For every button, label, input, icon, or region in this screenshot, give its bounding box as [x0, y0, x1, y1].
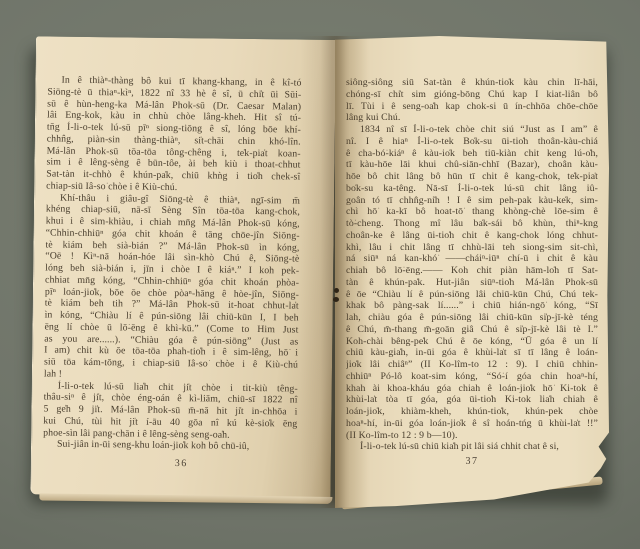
text-line: nî. I ê hiaⁿ Í-li-o-tek Bo̍k-su ūi-tio̍h…	[346, 136, 598, 148]
text-line: lâng kui Chú.	[346, 112, 598, 124]
text-line: 1834 nî sī Í-li-o-tek chòe chit siú “Jus…	[346, 124, 598, 136]
photo-background: In ê thiàⁿ-thàng bô kui tī khang-khang, …	[0, 0, 640, 549]
text-line: bo̍k-su ka-têng. Nā-sī Í-li-o-tek lú-sū …	[346, 183, 598, 195]
text-line: choân-ke ê lâng ūi-tio̍h chit ê kang-cho…	[346, 230, 598, 242]
text-line: ná siūⁿ ná kan-khó͘ ——cháiⁿ-iūⁿ chí-ū i …	[346, 253, 598, 265]
text-line: tò͘-cheng. Thong mî lâu ba̍k-sái bô khùn…	[346, 218, 598, 230]
page-number-left: 36	[32, 456, 331, 471]
text-line: siông-siông siū Sat-tàn ê khún-tio̍k kàu…	[346, 77, 598, 89]
book-page-right: siông-siông siū Sat-tàn ê khún-tio̍k kàu…	[335, 36, 609, 508]
book-page-left: In ê thiàⁿ-thàng bô kui tī khang-khang, …	[30, 36, 336, 498]
text-line: hōe bô chit lâng bô hūn tī chit ê kang-c…	[346, 171, 598, 183]
text-line: khì, lâu i chit lâng tī chhù-lāi teh sio…	[346, 242, 598, 254]
text-line: Í-li-o-tek lú-sū chiū kia̍h pit lâi siá …	[346, 441, 598, 453]
page-number-right: 37	[335, 456, 609, 467]
text-line: hoaⁿ-hí, in-ūi góa loán-jio̍k ê sî hoán-…	[346, 418, 598, 430]
text-line: ê Chú, m̄-thang m̄-goān giâ Chú ê si̍p-j…	[346, 324, 598, 336]
text-line: chiah bô lō͘-ēng.—— Koh chit piàn hām-lo…	[346, 265, 598, 277]
text-line: jio̍k lâi chiâⁿ” (II Ko-lîm-to 12 : 9). …	[346, 359, 598, 371]
text-line: khùi-la̍t tòa tī góa, góa ūi-tio̍h Ki-to…	[346, 394, 598, 406]
ink-speck	[334, 288, 339, 293]
text-line: Sui-jiân in-ūi seng-khu loán-jio̍k koh b…	[43, 439, 297, 454]
text-line: chì hō͘ ka-kī bô hoat-tō͘ thang khòng-ch…	[346, 206, 598, 218]
text-line: chóng-sī chi̍t sim gióng-bōng Chú kap I …	[346, 89, 598, 101]
text-line: khak bô pàng-sak lí......” i chiū hián-n…	[346, 300, 598, 312]
text-line: lī. Tùi i ê seng-oa̍h kap chok-si ū ín-c…	[346, 101, 598, 113]
text-line: goân tó tī chhn̂g-ni̍h ! I ê sim peh-pak…	[346, 195, 598, 207]
text-line: tàn ê khún-pa̍k. Hut-jiân siūⁿ-tio̍h Má-…	[346, 277, 598, 289]
ink-speck	[333, 297, 339, 302]
text-line: loán-jio̍k, khiàm-kheh, khún-tio̍k, khún…	[346, 406, 598, 418]
text-line: tī kàu-hōe lāi khui chû-siān-chhī (Bazar…	[346, 159, 598, 171]
page-text-left: In ê thiàⁿ-thàng bô kui tī khang-khang, …	[43, 74, 302, 453]
text-line: ê ōe “Chiàu lí ê pún-siōng lâi chiū-kūn …	[346, 289, 598, 301]
text-line: khah ài khoa-kháu góa chiah ê loán-jio̍k…	[346, 383, 598, 395]
text-line: chhiūⁿ Pó-lô koat-sim kóng, “Só͘-í góa c…	[346, 371, 598, 383]
text-line: chiū kàu-gia̍h, in-ūi góa ê khùi-la̍t sī…	[346, 347, 598, 359]
page-text-right: siông-siông siū Sat-tàn ê khún-tio̍k kàu…	[346, 77, 598, 453]
text-line: lah, chiàu góa ê pún-siōng lâi chiū-kūn …	[346, 312, 598, 324]
text-line: (II Ko-lîm-to 12 : 9 b—10).	[346, 430, 598, 442]
text-line: ê cha-bó͘-kiáⁿ ê kàu-io̍k beh tiū-kiàn c…	[346, 148, 598, 160]
text-line: Koh-chài bêng-pe̍k Chú ê ōe kóng, “Ū góa…	[346, 336, 598, 348]
